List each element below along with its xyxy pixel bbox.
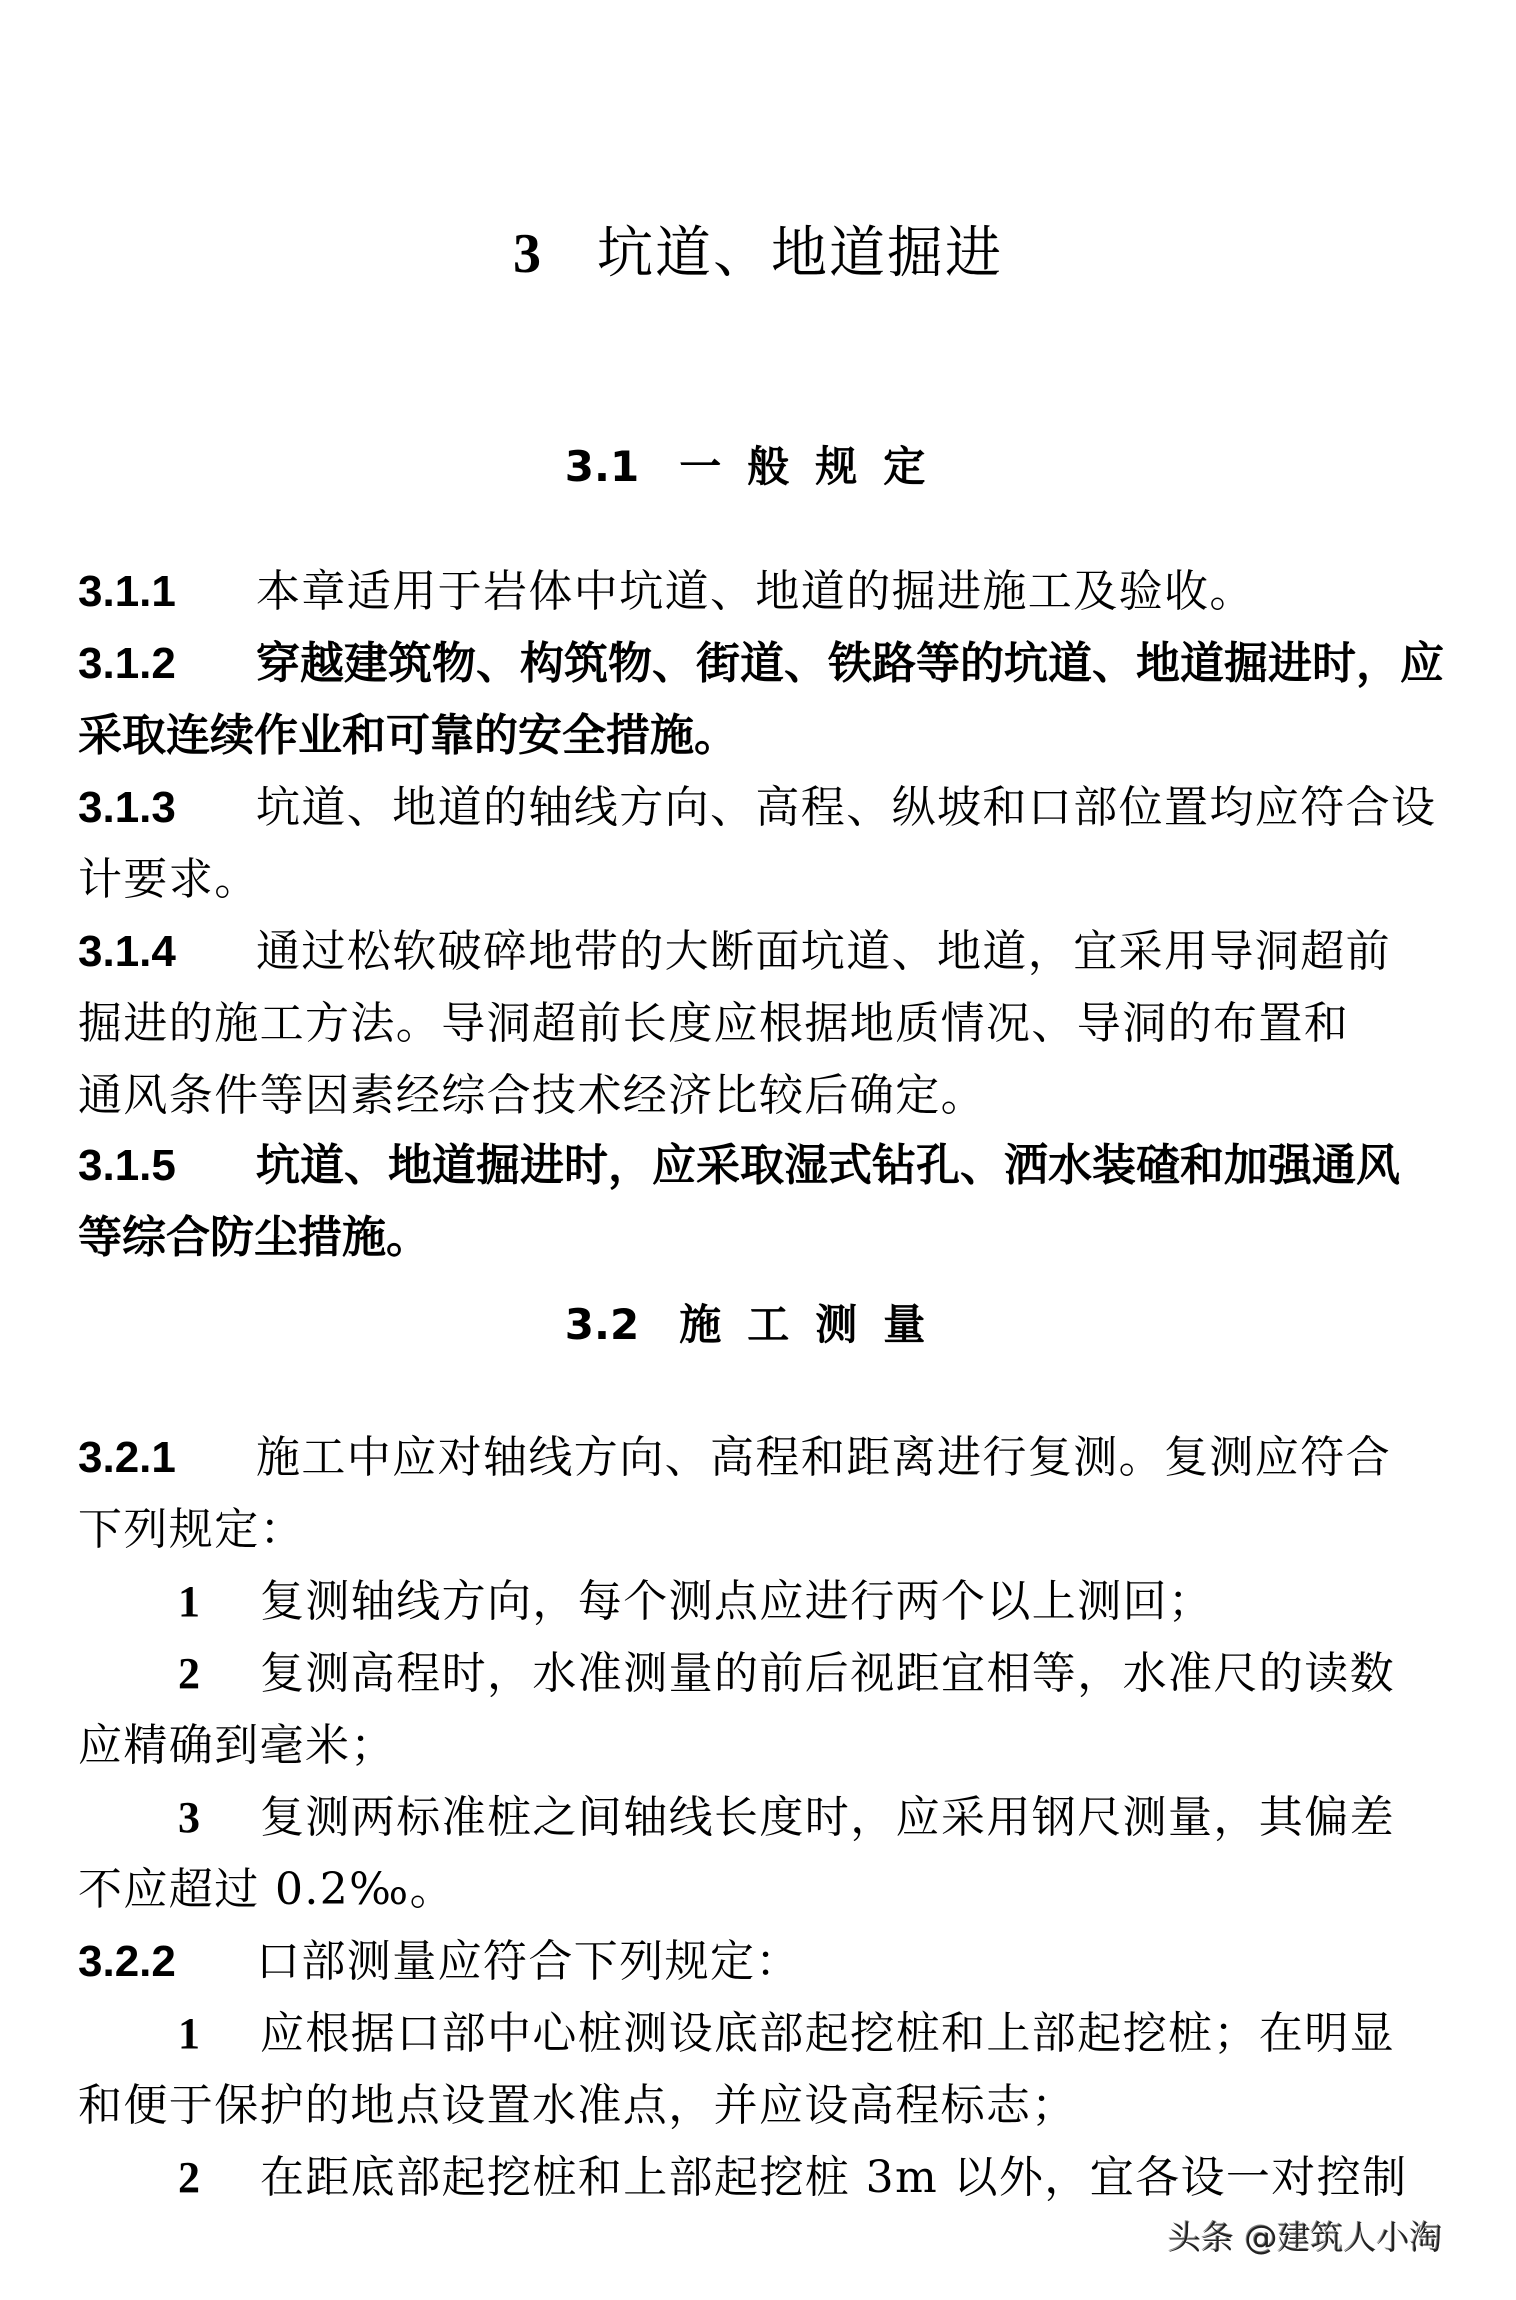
clause-number: 3.1.3 — [78, 782, 256, 834]
item-number: 3 — [178, 1792, 260, 1844]
item-text: 复测高程时，水准测量的前后视距宜相等，水准尺的读数 — [260, 1648, 1395, 1699]
clause-text: 坑道、地道掘进时，应采取湿式钻孔、洒水装碴和加强通风 — [256, 1140, 1400, 1191]
clause-3-2-1-item-1: 1复测轴线方向，每个测点应进行两个以上测回； — [178, 1576, 1468, 1628]
clause-text: 本章适用于岩体中坑道、地道的掘进施工及验收。 — [256, 566, 1255, 617]
chapter-title: 3坑道、地道掘进 — [0, 222, 1516, 286]
section-label: 一般规定 — [679, 442, 951, 491]
clause-number: 3.1.5 — [78, 1140, 256, 1192]
clause-number: 3.2.2 — [78, 1936, 256, 1988]
clause-text: 通过松软破碎地带的大断面坑道、地道，宜采用导洞超前 — [256, 926, 1391, 977]
clause-3-2-2-item-1-cont: 和便于保护的地点设置水准点，并应设高程标志； — [78, 2080, 1468, 2132]
item-text: 复测两标准桩之间轴线长度时，应采用钢尺测量，其偏差 — [260, 1792, 1395, 1843]
item-number: 2 — [178, 1648, 260, 1700]
section-label: 施工测量 — [679, 1300, 951, 1349]
clause-3-1-5-cont: 等综合防尘措施。 — [78, 1212, 1468, 1264]
clause-text: 坑道、地道的轴线方向、高程、纵坡和口部位置均应符合设 — [256, 782, 1436, 833]
clause-3-2-2-item-1: 1应根据口部中心桩测设底部起挖桩和上部起挖桩；在明显 — [178, 2008, 1468, 2060]
clause-3-2-1-item-2-cont: 应精确到毫米； — [78, 1720, 1468, 1772]
clause-3-2-1-item-2: 2复测高程时，水准测量的前后视距宜相等，水准尺的读数 — [178, 1648, 1468, 1700]
clause-3-1-2-cont: 采取连续作业和可靠的安全措施。 — [78, 710, 1468, 762]
clause-3-2-2-item-2: 2在距底部起挖桩和上部起挖桩 3m 以外，宜各设一对控制 — [178, 2152, 1468, 2204]
clause-3-1-4-cont-2: 通风条件等因素经综合技术经济比较后确定。 — [78, 1070, 1468, 1122]
section-number: 3.2 — [565, 1300, 639, 1349]
clause-3-1-3: 3.1.3坑道、地道的轴线方向、高程、纵坡和口部位置均应符合设 — [78, 782, 1468, 834]
section-title-3-2: 3.2施工测量 — [0, 1300, 1516, 1350]
item-number: 1 — [178, 2008, 260, 2060]
clause-3-1-4: 3.1.4通过松软破碎地带的大断面坑道、地道，宜采用导洞超前 — [78, 926, 1468, 978]
clause-3-2-1-item-3-cont: 不应超过 0.2‰。 — [78, 1864, 1468, 1916]
chapter-number: 3 — [513, 223, 543, 285]
clause-3-1-2: 3.1.2穿越建筑物、构筑物、街道、铁路等的坑道、地道掘进时，应 — [78, 638, 1468, 690]
clause-text: 口部测量应符合下列规定： — [256, 1936, 801, 1987]
clause-3-2-1-item-3: 3复测两标准桩之间轴线长度时，应采用钢尺测量，其偏差 — [178, 1792, 1468, 1844]
chapter-title-text: 坑道、地道掘进 — [597, 221, 1003, 286]
clause-3-1-4-cont-1: 掘进的施工方法。导洞超前长度应根据地质情况、导洞的布置和 — [78, 998, 1468, 1050]
watermark: 头条 @建筑人小淘 — [1168, 2218, 1443, 2258]
clause-3-2-1: 3.2.1施工中应对轴线方向、高程和距离进行复测。复测应符合 — [78, 1432, 1468, 1484]
item-text: 应根据口部中心桩测设底部起挖桩和上部起挖桩；在明显 — [260, 2008, 1395, 2059]
clause-number: 3.2.1 — [78, 1432, 256, 1484]
clause-3-2-1-cont: 下列规定： — [78, 1504, 1468, 1556]
clause-text: 穿越建筑物、构筑物、街道、铁路等的坑道、地道掘进时，应 — [256, 638, 1444, 689]
clause-number: 3.1.4 — [78, 926, 256, 978]
clause-number: 3.1.2 — [78, 638, 256, 690]
clause-text: 施工中应对轴线方向、高程和距离进行复测。复测应符合 — [256, 1432, 1391, 1483]
item-number: 1 — [178, 1576, 260, 1628]
section-number: 3.1 — [565, 442, 639, 491]
clause-number: 3.1.1 — [78, 566, 256, 618]
document-page: 3坑道、地道掘进 3.1一般规定 3.1.1本章适用于岩体中坑道、地道的掘进施工… — [0, 0, 1516, 2300]
item-text: 复测轴线方向，每个测点应进行两个以上测回； — [260, 1576, 1213, 1627]
clause-3-1-5: 3.1.5坑道、地道掘进时，应采取湿式钻孔、洒水装碴和加强通风 — [78, 1140, 1468, 1192]
clause-3-2-2: 3.2.2口部测量应符合下列规定： — [78, 1936, 1468, 1988]
clause-3-1-1: 3.1.1本章适用于岩体中坑道、地道的掘进施工及验收。 — [78, 566, 1468, 618]
item-text: 在距底部起挖桩和上部起挖桩 3m 以外，宜各设一对控制 — [260, 2152, 1408, 2203]
clause-3-1-3-cont: 计要求。 — [78, 854, 1468, 906]
item-number: 2 — [178, 2152, 260, 2204]
section-title-3-1: 3.1一般规定 — [0, 442, 1516, 492]
